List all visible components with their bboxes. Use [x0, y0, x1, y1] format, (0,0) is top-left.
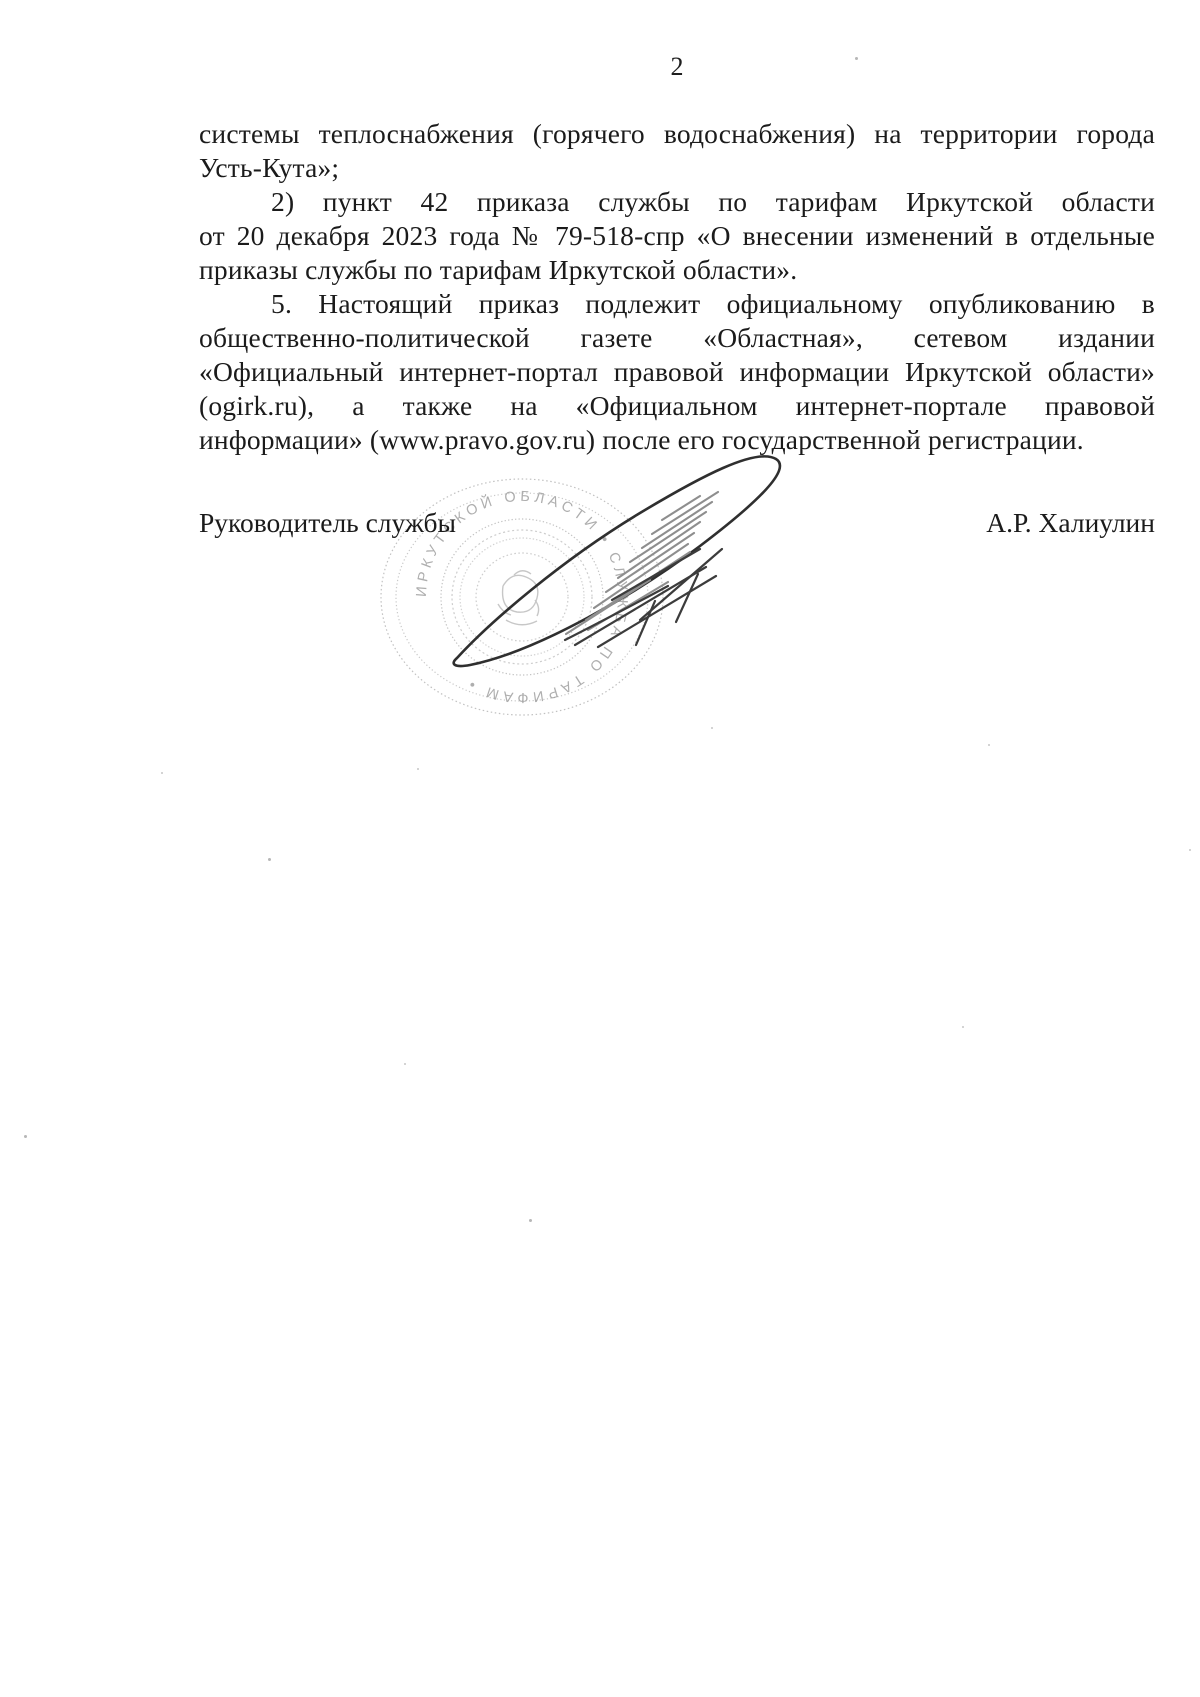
scan-speck [24, 1135, 27, 1138]
scan-speck [1189, 849, 1191, 851]
scan-speck [268, 858, 271, 861]
page-number: 2 [199, 52, 1155, 82]
body-line-4: от 20 декабря 2023 года № 79-518-спр «О … [199, 219, 1155, 253]
scan-speck [855, 57, 858, 60]
scan-speck [988, 744, 990, 746]
document-body: системы теплоснабжения (горячего водосна… [199, 117, 1155, 457]
scan-speck [417, 768, 419, 770]
scan-speck [529, 1219, 532, 1222]
signature-role-label: Руководитель службы [199, 507, 456, 539]
scan-speck [404, 1063, 406, 1065]
body-line-9: (ogirk.ru), а также на «Официальном инте… [199, 389, 1155, 423]
body-line-1: системы теплоснабжения (горячего водосна… [199, 117, 1155, 151]
body-line-3: 2) пункт 42 приказа службы по тарифам Ир… [199, 185, 1155, 219]
document-page: 2 системы теплоснабжения (горячего водос… [0, 0, 1200, 1697]
scan-speck [962, 1026, 964, 1028]
scan-speck [161, 772, 163, 774]
signatory-name: А.Р. Халиулин [986, 507, 1155, 539]
body-line-7: общественно-политической газете «Областн… [199, 321, 1155, 355]
body-line-2: Усть-Кута»; [199, 151, 1155, 185]
body-line-5: приказы службы по тарифам Иркутской обла… [199, 253, 1155, 287]
body-line-8: «Официальный интернет-портал правовой ин… [199, 355, 1155, 389]
stamp-emblem [498, 571, 539, 625]
signature-row: Руководитель службы А.Р. Халиулин [199, 507, 1155, 539]
body-line-6: 5. Настоящий приказ подлежит официальном… [199, 287, 1155, 321]
stamp-signature-graphic: ИРКУТСКОЙ ОБЛАСТИ • СЛУЖБА ПО ТАРИФАМ • [360, 450, 820, 750]
